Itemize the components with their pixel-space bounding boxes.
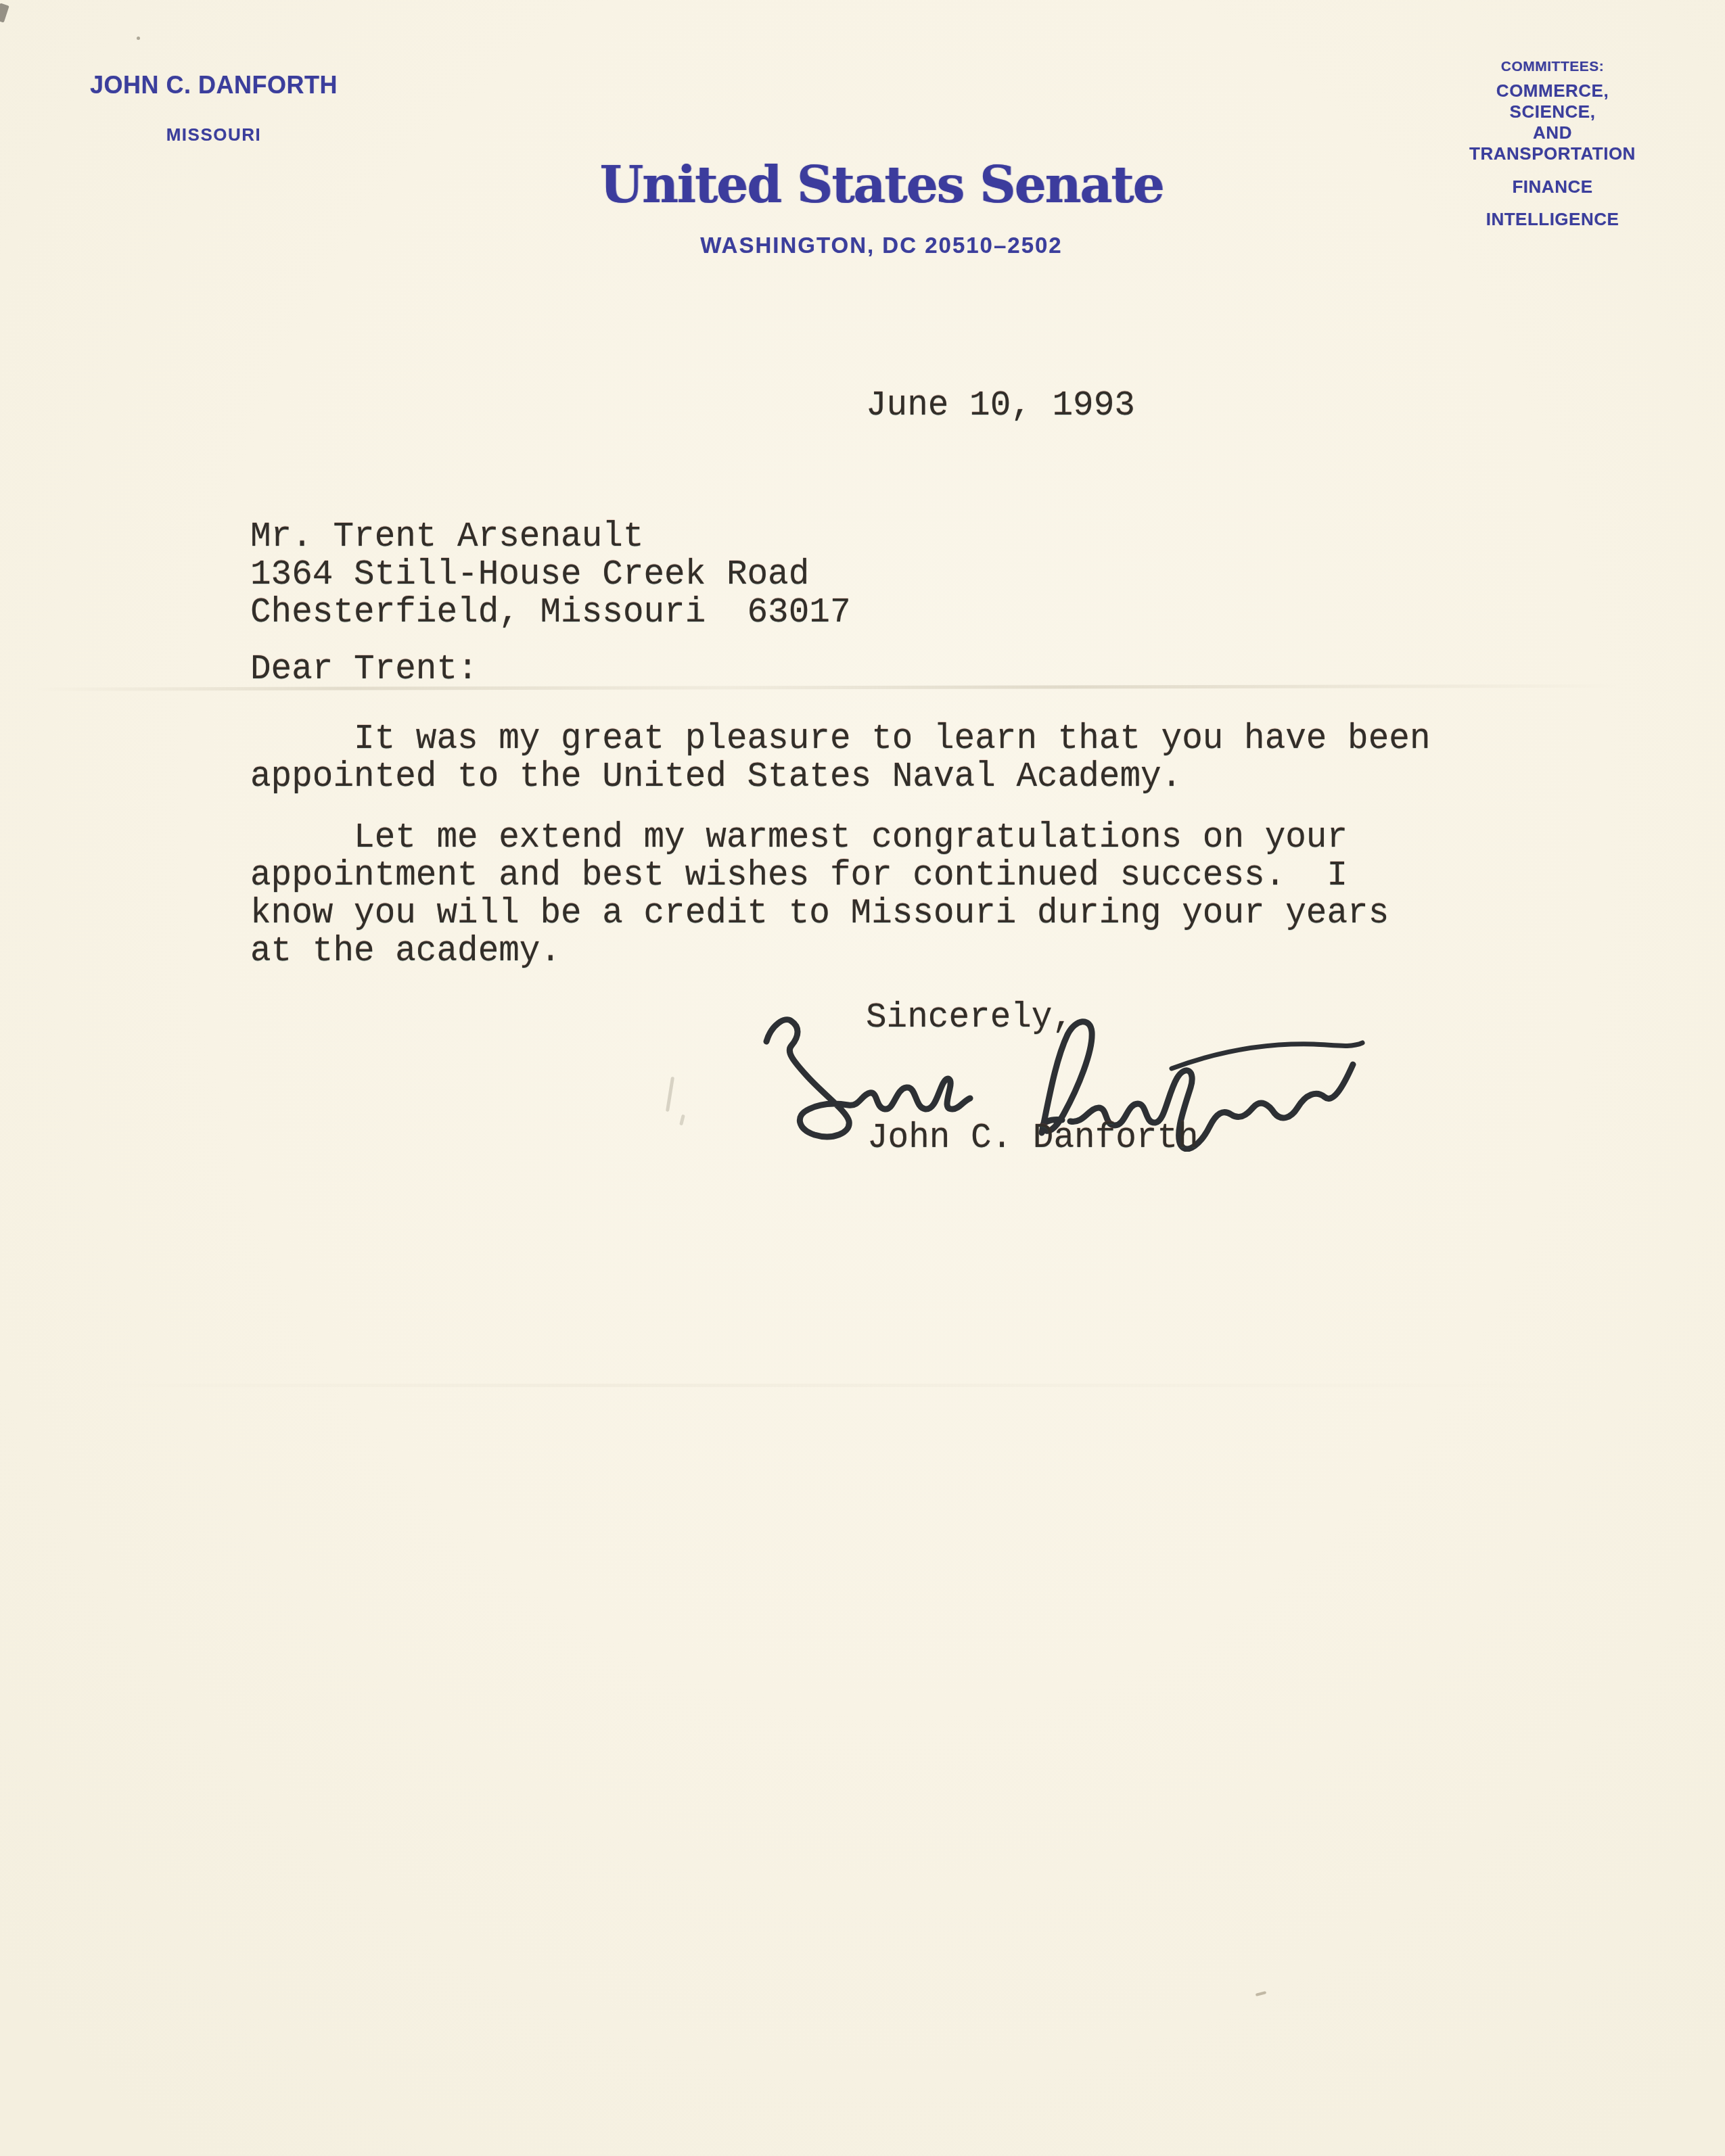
salutation: Dear Trent:: [250, 651, 478, 689]
typed-signature-name: John C. Danforth: [867, 1120, 1199, 1158]
committees-heading: COMMITTEES:: [1467, 58, 1639, 76]
committee-item: COMMERCE, SCIENCE, AND TRANSPORTATION: [1467, 80, 1639, 164]
letterhead-committees-block: COMMITTEES: COMMERCE, SCIENCE, AND TRANS…: [1467, 58, 1639, 230]
fold-crease: [0, 1384, 1725, 1387]
letter-date: June 10, 1993: [866, 388, 1135, 425]
scan-corner-mark: [0, 3, 9, 22]
sender-name: JOHN C. DANFORTH: [90, 70, 338, 100]
scanned-letter-page: JOHN C. DANFORTH MISSOURI United States …: [0, 0, 1725, 2156]
letterhead-title-block: United States Senate WASHINGTON, DC 2051…: [599, 154, 1163, 258]
body-paragraph: It was my great pleasure to learn that y…: [250, 721, 1430, 797]
body-paragraph: Let me extend my warmest congratulations…: [250, 820, 1389, 971]
pencil-smudge: [679, 1115, 685, 1126]
paper-speck: [137, 37, 140, 40]
committee-item: FINANCE: [1467, 177, 1639, 197]
recipient-address: Mr. Trent Arsenault 1364 Still-House Cre…: [250, 519, 851, 632]
senate-address: WASHINGTON, DC 20510–2502: [599, 233, 1163, 258]
pencil-smudge: [666, 1077, 674, 1112]
sender-state: MISSOURI: [90, 124, 338, 145]
paper-speck: [1256, 1991, 1266, 1996]
committee-item: INTELLIGENCE: [1467, 209, 1639, 230]
senate-title: United States Senate: [599, 154, 1163, 216]
letterhead-sender-block: JOHN C. DANFORTH MISSOURI: [90, 70, 338, 145]
